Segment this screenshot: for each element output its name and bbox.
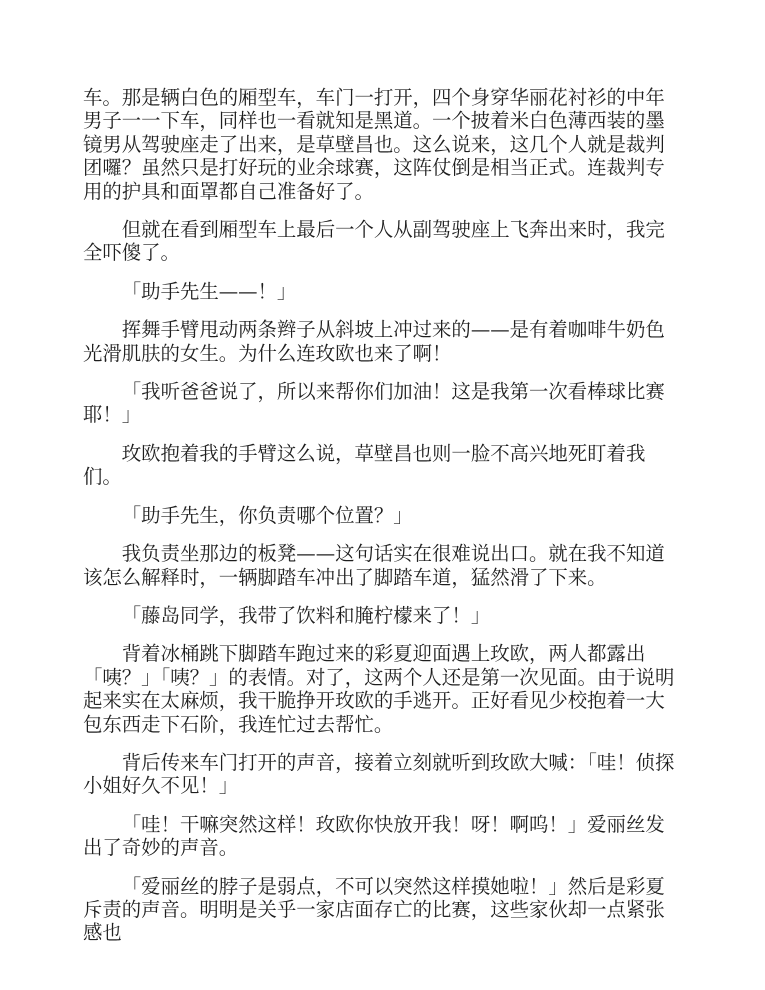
- paragraph: 车。那是辆白色的厢型车，车门一打开，四个身穿华丽花衬衫的中年男子一一下车，同样也…: [83, 86, 684, 203]
- paragraph-dialogue: 「助手先生，你负责哪个位置？」: [83, 504, 684, 527]
- paragraph-dialogue: 「哇！干嘛突然这样！玫欧你快放开我！呀！啊呜！」爱丽丝发出了奇妙的声音。: [83, 813, 684, 860]
- document-page: 车。那是辆白色的厢型车，车门一打开，四个身穿华丽花衬衫的中年男子一一下车，同样也…: [83, 86, 684, 960]
- paragraph: 背后传来车门打开的声音，接着立刻就听到玫欧大喊：「哇！侦探小姐好久不见！」: [83, 751, 684, 798]
- paragraph: 背着冰桶跳下脚踏车跑过来的彩夏迎面遇上玫欧，两人都露出「咦？」「咦？」的表情。对…: [83, 642, 684, 736]
- paragraph-dialogue: 「助手先生——！」: [83, 280, 684, 303]
- paragraph: 玫欧抱着我的手臂这么说，草壁昌也则一脸不高兴地死盯着我们。: [83, 442, 684, 489]
- paragraph: 我负责坐那边的板凳——这句话实在很难说出口。就在我不知道该怎么解释时，一辆脚踏车…: [83, 542, 684, 589]
- paragraph: 「爱丽丝的脖子是弱点，不可以突然这样摸她啦！」然后是彩夏斥责的声音。明明是关乎一…: [83, 875, 684, 945]
- paragraph-dialogue: 「藤岛同学，我带了饮料和腌柠檬来了！」: [83, 604, 684, 627]
- paragraph: 挥舞手臂甩动两条辫子从斜坡上冲过来的——是有着咖啡牛奶色光滑肌肤的女生。为什么连…: [83, 318, 684, 365]
- paragraph: 但就在看到厢型车上最后一个人从副驾驶座上飞奔出来时，我完全吓傻了。: [83, 218, 684, 265]
- paragraph-dialogue: 「我听爸爸说了，所以来帮你们加油！这是我第一次看棒球比赛耶！」: [83, 380, 684, 427]
